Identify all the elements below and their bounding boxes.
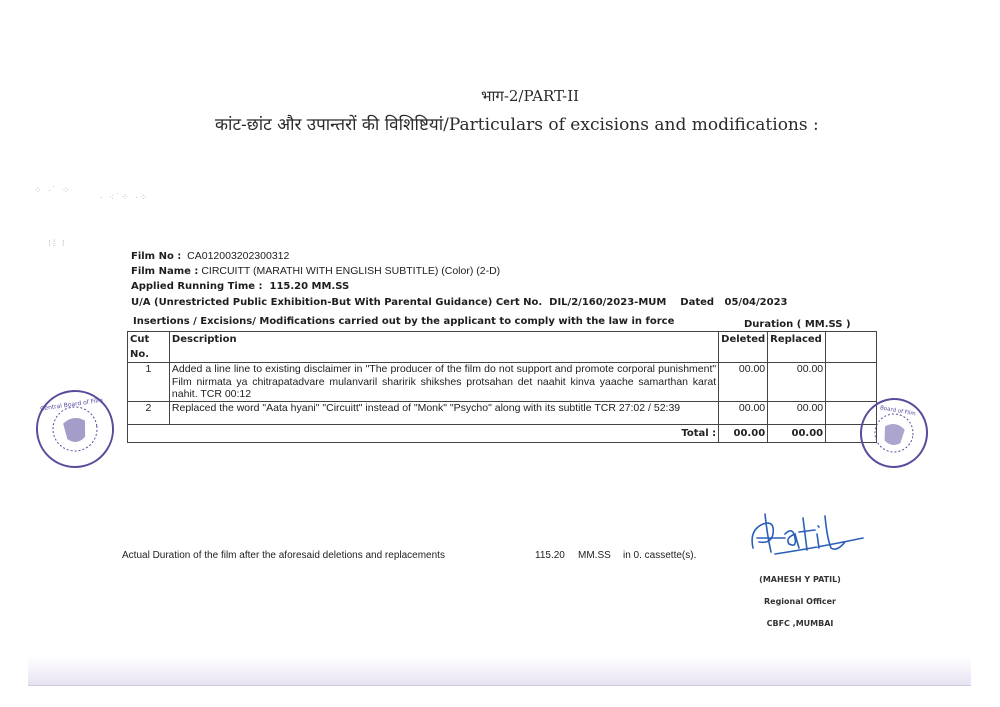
cut-deleted: 00.00 bbox=[719, 363, 768, 402]
actual-duration-unit: MM.SS bbox=[578, 550, 611, 561]
cut-no: 2 bbox=[128, 402, 170, 425]
running-time-line: Applied Running Time : 115.20 MM.SS bbox=[131, 281, 349, 292]
scan-noise: ∙ ⁖˙⁘ ∙⁘ bbox=[100, 192, 149, 203]
certificate-number: DIL/2/160/2023-MUM bbox=[549, 297, 666, 308]
cut-description: Added a line line to existing disclaimer… bbox=[169, 363, 718, 402]
signatory-name: (MAHESH Y PATIL) bbox=[745, 575, 855, 584]
signatory-block: (MAHESH Y PATIL) Regional Officer CBFC ,… bbox=[745, 575, 855, 641]
cbfc-stamp-left: Central Board of Film bbox=[31, 385, 119, 473]
section-subtitle: कांट-छांट और उपान्तरों की विशिष्टियां/Pa… bbox=[215, 112, 819, 135]
dated-label: Dated bbox=[680, 297, 714, 308]
dated-value: 05/04/2023 bbox=[725, 297, 788, 308]
cut-replaced: 00.00 bbox=[768, 363, 826, 402]
svg-text:Central Board of Film: Central Board of Film bbox=[40, 397, 104, 413]
actual-duration-text: Actual Duration of the film after the af… bbox=[122, 550, 445, 561]
scan-noise: ⁘ ∙˙ ⁘ bbox=[34, 185, 72, 196]
total-deleted: 00.00 bbox=[719, 425, 768, 443]
table-header-row: Cut No. Description Deleted Replaced bbox=[128, 332, 877, 363]
col-blank bbox=[826, 332, 877, 363]
scan-noise: ⁝⁞ ⁝ bbox=[48, 238, 67, 249]
running-time-value: 115.20 MM.SS bbox=[269, 281, 349, 292]
actual-duration-value: 115.20 bbox=[535, 550, 565, 561]
col-replaced: Replaced bbox=[768, 332, 826, 363]
total-label: Total : bbox=[128, 425, 719, 443]
certificate-line: U/A (Unrestricted Public Exhibition-But … bbox=[131, 297, 787, 308]
signatory-office: CBFC ,MUMBAI bbox=[745, 619, 855, 628]
svg-text:Board of Film: Board of Film bbox=[880, 405, 917, 417]
table-row: 2 Replaced the word "Aata hyani" "Circui… bbox=[128, 402, 877, 425]
table-row: 1 Added a line line to existing disclaim… bbox=[128, 363, 877, 402]
col-cut-no: Cut No. bbox=[128, 332, 170, 363]
cut-replaced: 00.00 bbox=[768, 402, 826, 425]
certificate-label: U/A (Unrestricted Public Exhibition-But … bbox=[131, 297, 542, 308]
total-replaced: 00.00 bbox=[768, 425, 826, 443]
film-no-line: Film No : CA012003202300312 bbox=[131, 250, 289, 262]
col-deleted: Deleted bbox=[719, 332, 768, 363]
cbfc-stamp-right: Board of Film bbox=[854, 393, 933, 474]
cassette-count: in 0. cassette(s). bbox=[623, 550, 696, 561]
cut-deleted: 00.00 bbox=[719, 402, 768, 425]
signature-icon bbox=[745, 508, 870, 560]
stamp-emblem-icon: Board of Film bbox=[857, 395, 931, 471]
cut-description: Replaced the word "Aata hyani" "Circuitt… bbox=[169, 402, 718, 425]
total-row: Total : 00.00 00.00 bbox=[128, 425, 877, 443]
film-name-line: Film Name : CIRCUITT (MARATHI WITH ENGLI… bbox=[131, 265, 500, 277]
film-no-label: Film No : bbox=[131, 251, 181, 262]
stamp-emblem-icon: Central Board of Film bbox=[33, 387, 117, 471]
cuts-table: Cut No. Description Deleted Replaced 1 A… bbox=[127, 331, 877, 443]
section-heading: Insertions / Excisions/ Modifications ca… bbox=[133, 316, 674, 327]
film-name-value: CIRCUITT (MARATHI WITH ENGLISH SUBTITLE)… bbox=[201, 265, 500, 277]
col-description: Description bbox=[169, 332, 718, 363]
scan-bottom-edge bbox=[28, 655, 971, 686]
film-no-value: CA012003202300312 bbox=[187, 250, 289, 262]
part-title: भाग-2/PART-II bbox=[0, 86, 1000, 106]
duration-label: Duration ( MM.SS ) bbox=[744, 319, 851, 330]
running-time-label: Applied Running Time : bbox=[131, 281, 263, 292]
cut-no: 1 bbox=[128, 363, 170, 402]
signatory-designation: Regional Officer bbox=[745, 597, 855, 606]
film-name-label: Film Name : bbox=[131, 266, 198, 277]
